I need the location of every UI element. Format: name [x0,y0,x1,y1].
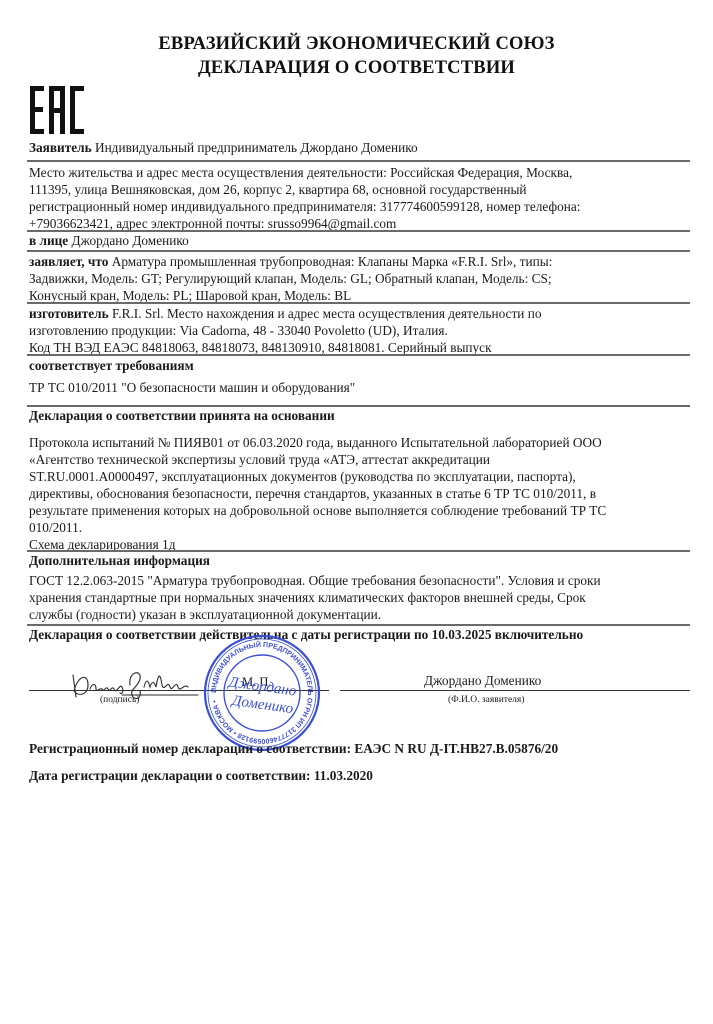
complies-label: соответствует требованиям [29,357,690,374]
union-title: ЕВРАЗИЙСКИЙ ЭКОНОМИЧЕСКИЙ СОЮЗ [0,34,713,55]
additional-line: хранения стандартные при нормальных знач… [29,589,690,606]
declares-label: заявляет, что [29,254,108,269]
document-title: ДЕКЛАРАЦИЯ О СООТВЕТСТВИИ [0,58,713,79]
applicant-value: Индивидуальный предприниматель Джордано … [95,140,418,155]
manufacturer-block: изготовитель F.R.I. Srl. Место нахождени… [29,305,690,356]
basis-block: Декларация о соответствии принята на осн… [29,407,690,553]
complies-value: ТР ТС 010/2011 "О безопасности машин и о… [29,379,690,396]
name-line [340,690,690,691]
manufacturer-line: F.R.I. Srl. Место нахождения и адрес мес… [109,306,542,321]
basis-line: 010/2011. [29,519,690,536]
eac-logo [29,84,87,134]
eac-mark-icon [29,84,87,136]
additional-label: Дополнительная информация [29,552,690,569]
validity-line: Декларация о соответствии действительна … [29,626,690,643]
applicant-printed-name: Джордано Доменико [424,672,624,689]
address-block: Место жительства и адрес места осуществл… [29,164,690,232]
manufacturer-label: изготовитель [29,306,109,321]
basis-line: «Агентство технической экспертизы услови… [29,451,690,468]
handwritten-signature [70,665,200,705]
basis-line: ST.RU.0001.A0000497, эксплуатационных до… [29,468,690,485]
applicant-label: Заявитель [29,140,92,155]
divider [27,160,690,162]
represented-by-label: в лице [29,233,68,248]
divider [27,250,690,252]
registration-number-value: ЕАЭС N RU Д-IT.НВ27.В.05876/20 [354,741,558,756]
additional-line: службы (годности) указан в эксплуатацион… [29,606,690,623]
declaration-page: ЕВРАЗИЙСКИЙ ЭКОНОМИЧЕСКИЙ СОЮЗ ДЕКЛАРАЦИ… [0,0,713,1024]
divider [27,354,690,356]
declares-line: Арматура промышленная трубопроводная: Кл… [108,254,552,269]
basis-line: Протокола испытаний № ПИЯВ01 от 06.03.20… [29,434,690,451]
signature-scribble-icon [70,665,200,705]
registration-date-value: 11.03.2020 [314,768,373,783]
represented-by-value: Джордано Доменико [72,233,189,248]
basis-label: Декларация о соответствии принята на осн… [29,407,690,424]
applicant-line: Заявитель Индивидуальный предприниматель… [29,139,690,156]
address-line: Место жительства и адрес места осуществл… [29,164,690,181]
registration-number-label: Регистрационный номер декларации о соотв… [29,741,351,756]
basis-line: результате применения которых на доброво… [29,502,690,519]
name-caption: (Ф.И.О. заявителя) [448,692,598,709]
official-stamp: ИНДИВИДУАЛЬНЫЙ ПРЕДПРИНИМАТЕЛЬ ОГРН ИП 3… [200,633,324,753]
registration-date-label: Дата регистрации декларации о соответств… [29,768,310,783]
additional-block: Дополнительная информация ГОСТ 12.2.063-… [29,552,690,623]
registration-date-line: Дата регистрации декларации о соответств… [29,767,690,784]
address-line: 111395, улица Вешняковская, дом 26, корп… [29,181,690,198]
represented-by-line: в лице Джордано Доменико [29,232,690,249]
additional-line: ГОСТ 12.2.063-2015 "Арматура трубопровод… [29,572,690,589]
complies-block: соответствует требованиям ТР ТС 010/2011… [29,357,690,396]
basis-line: директивы, обоснования безопасности, пер… [29,485,690,502]
divider [27,302,690,304]
declares-line: Задвижки, Модель: GT; Регулирующий клапа… [29,270,690,287]
declares-block: заявляет, что Арматура промышленная труб… [29,253,690,304]
address-line: регистрационный номер индивидуального пр… [29,198,690,215]
manufacturer-line: изготовлению продукции: Via Cadorna, 48 … [29,322,690,339]
stamp-seal-icon: ИНДИВИДУАЛЬНЫЙ ПРЕДПРИНИМАТЕЛЬ ОГРН ИП 3… [200,633,324,753]
registration-number-line: Регистрационный номер декларации о соотв… [29,740,690,757]
